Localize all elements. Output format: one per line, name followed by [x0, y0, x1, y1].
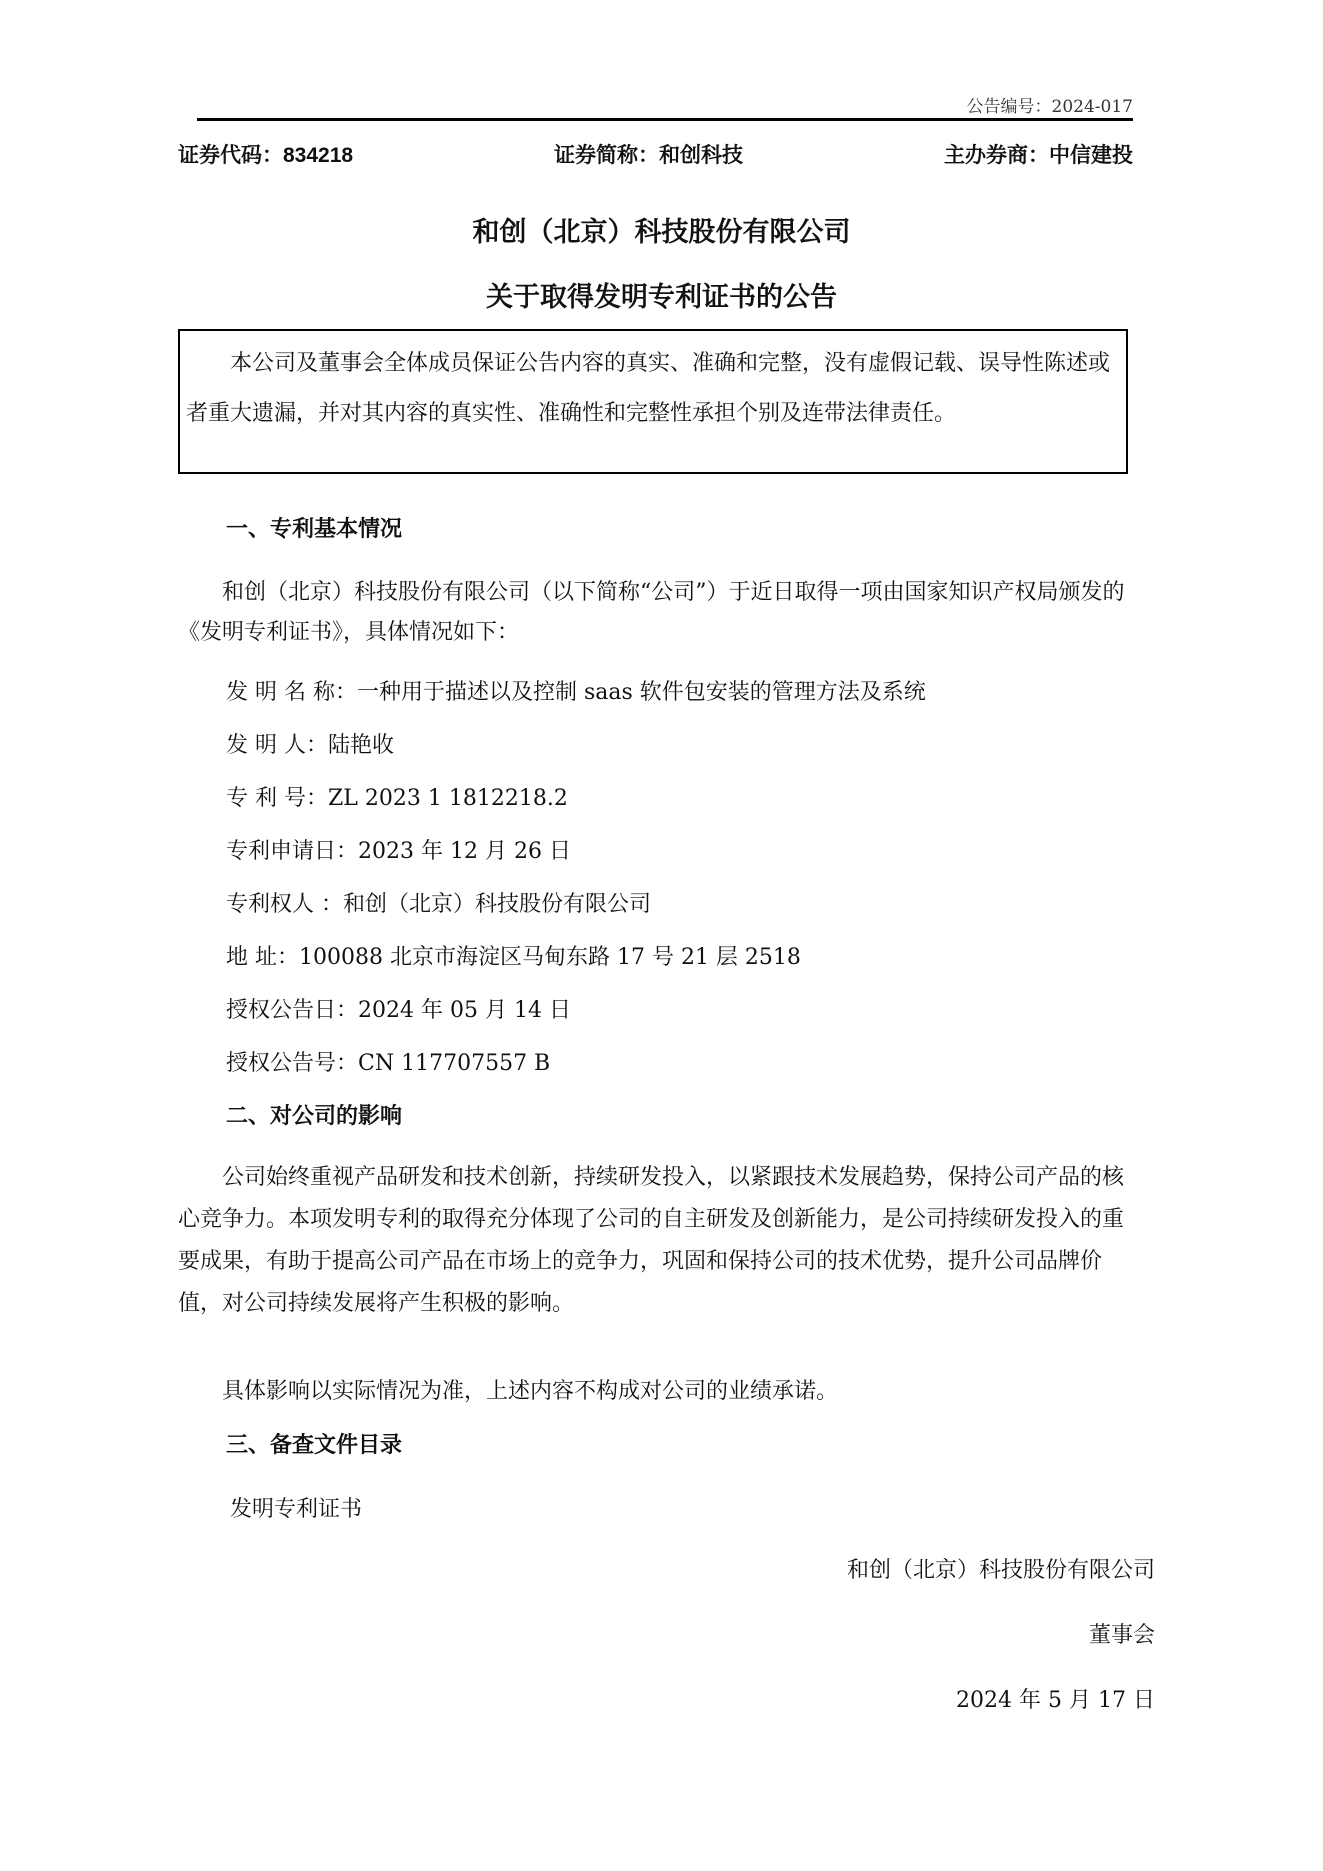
disclaimer-box: 本公司及董事会全体成员保证公告内容的真实、准确和完整，没有虚假记载、误导性陈述或…	[178, 329, 1128, 474]
field-label: 专 利 号：	[226, 786, 328, 811]
performance-disclaimer: 具体影响以实际情况为准，上述内容不构成对公司的业绩承诺。	[178, 1372, 1133, 1412]
sponsor: 主办券商：中信建投	[944, 139, 1133, 169]
field-patent-number: 专 利 号：ZL 2023 1 1812218.2	[226, 781, 568, 812]
disclaimer-text: 本公司及董事会全体成员保证公告内容的真实、准确和完整，没有虚假记载、误导性陈述或…	[186, 339, 1120, 439]
field-value: 2023 年 12 月 26 日	[358, 839, 571, 864]
section1-heading: 一、专利基本情况	[226, 512, 402, 543]
field-value: ZL 2023 1 1812218.2	[328, 786, 568, 811]
doc-number: 公告编号：2024-017	[967, 92, 1133, 117]
intro-text: 和创（北京）科技股份有限公司（以下简称“公司”）于近日取得一项由国家知识产权局颁…	[178, 573, 1133, 653]
signature-company: 和创（北京）科技股份有限公司	[847, 1553, 1155, 1584]
impact-paragraph: 公司始终重视产品研发和技术创新，持续研发投入，以紧跟技术发展趋势，保持公司产品的…	[178, 1157, 1133, 1325]
field-application-date: 专利申请日：2023 年 12 月 26 日	[226, 834, 571, 865]
field-value: 一种用于描述以及控制 saas 软件包安装的管理方法及系统	[357, 680, 926, 705]
field-value: CN 117707557 B	[358, 1051, 550, 1076]
section2-body: 公司始终重视产品研发和技术创新，持续研发投入，以紧跟技术发展趋势，保持公司产品的…	[178, 1157, 1133, 1325]
security-info-row: 证券代码：834218 证券简称：和创科技 主办券商：中信建投	[178, 139, 1133, 169]
field-value: 2024 年 05 月 14 日	[358, 998, 571, 1023]
field-label: 授权公告日：	[226, 998, 358, 1023]
field-value: 和创（北京）科技股份有限公司	[343, 892, 651, 917]
security-code: 证券代码：834218	[178, 139, 353, 169]
section2-heading: 二、对公司的影响	[226, 1099, 402, 1130]
field-address: 地 址：100088 北京市海淀区马甸东路 17 号 21 层 2518	[226, 940, 801, 971]
header-rule	[197, 118, 1133, 121]
security-abbr: 证券简称：和创科技	[554, 139, 743, 169]
announcement-page: 公告编号：2024-017 证券代码：834218 证券简称：和创科技 主办券商…	[0, 0, 1323, 1871]
section3-heading: 三、备查文件目录	[226, 1428, 402, 1459]
signature-board: 董事会	[1089, 1618, 1155, 1649]
field-invention-name: 发 明 名 称：一种用于描述以及控制 saas 软件包安装的管理方法及系统	[226, 675, 926, 706]
field-grant-date: 授权公告日：2024 年 05 月 14 日	[226, 993, 571, 1024]
field-label: 授权公告号：	[226, 1051, 358, 1076]
field-label: 发 明 名 称：	[226, 680, 357, 705]
field-patentee: 专利权人 ：和创（北京）科技股份有限公司	[226, 887, 651, 918]
field-value: 100088 北京市海淀区马甸东路 17 号 21 层 2518	[299, 945, 801, 970]
reference-document: 发明专利证书	[230, 1492, 362, 1523]
field-label: 专利权人 ：	[226, 892, 343, 917]
field-label: 地 址：	[226, 945, 299, 970]
field-inventor: 发 明 人：陆艳收	[226, 728, 394, 759]
field-grant-number: 授权公告号：CN 117707557 B	[226, 1046, 550, 1077]
field-value: 陆艳收	[328, 733, 394, 758]
signature-date: 2024 年 5 月 17 日	[956, 1683, 1155, 1714]
field-label: 专利申请日：	[226, 839, 358, 864]
field-label: 发 明 人：	[226, 733, 328, 758]
announcement-title: 关于取得发明专利证书的公告	[0, 275, 1323, 314]
section2-disclaimer: 具体影响以实际情况为准，上述内容不构成对公司的业绩承诺。	[178, 1372, 1133, 1412]
company-title: 和创（北京）科技股份有限公司	[0, 210, 1323, 249]
section1-intro: 和创（北京）科技股份有限公司（以下简称“公司”）于近日取得一项由国家知识产权局颁…	[178, 573, 1133, 653]
